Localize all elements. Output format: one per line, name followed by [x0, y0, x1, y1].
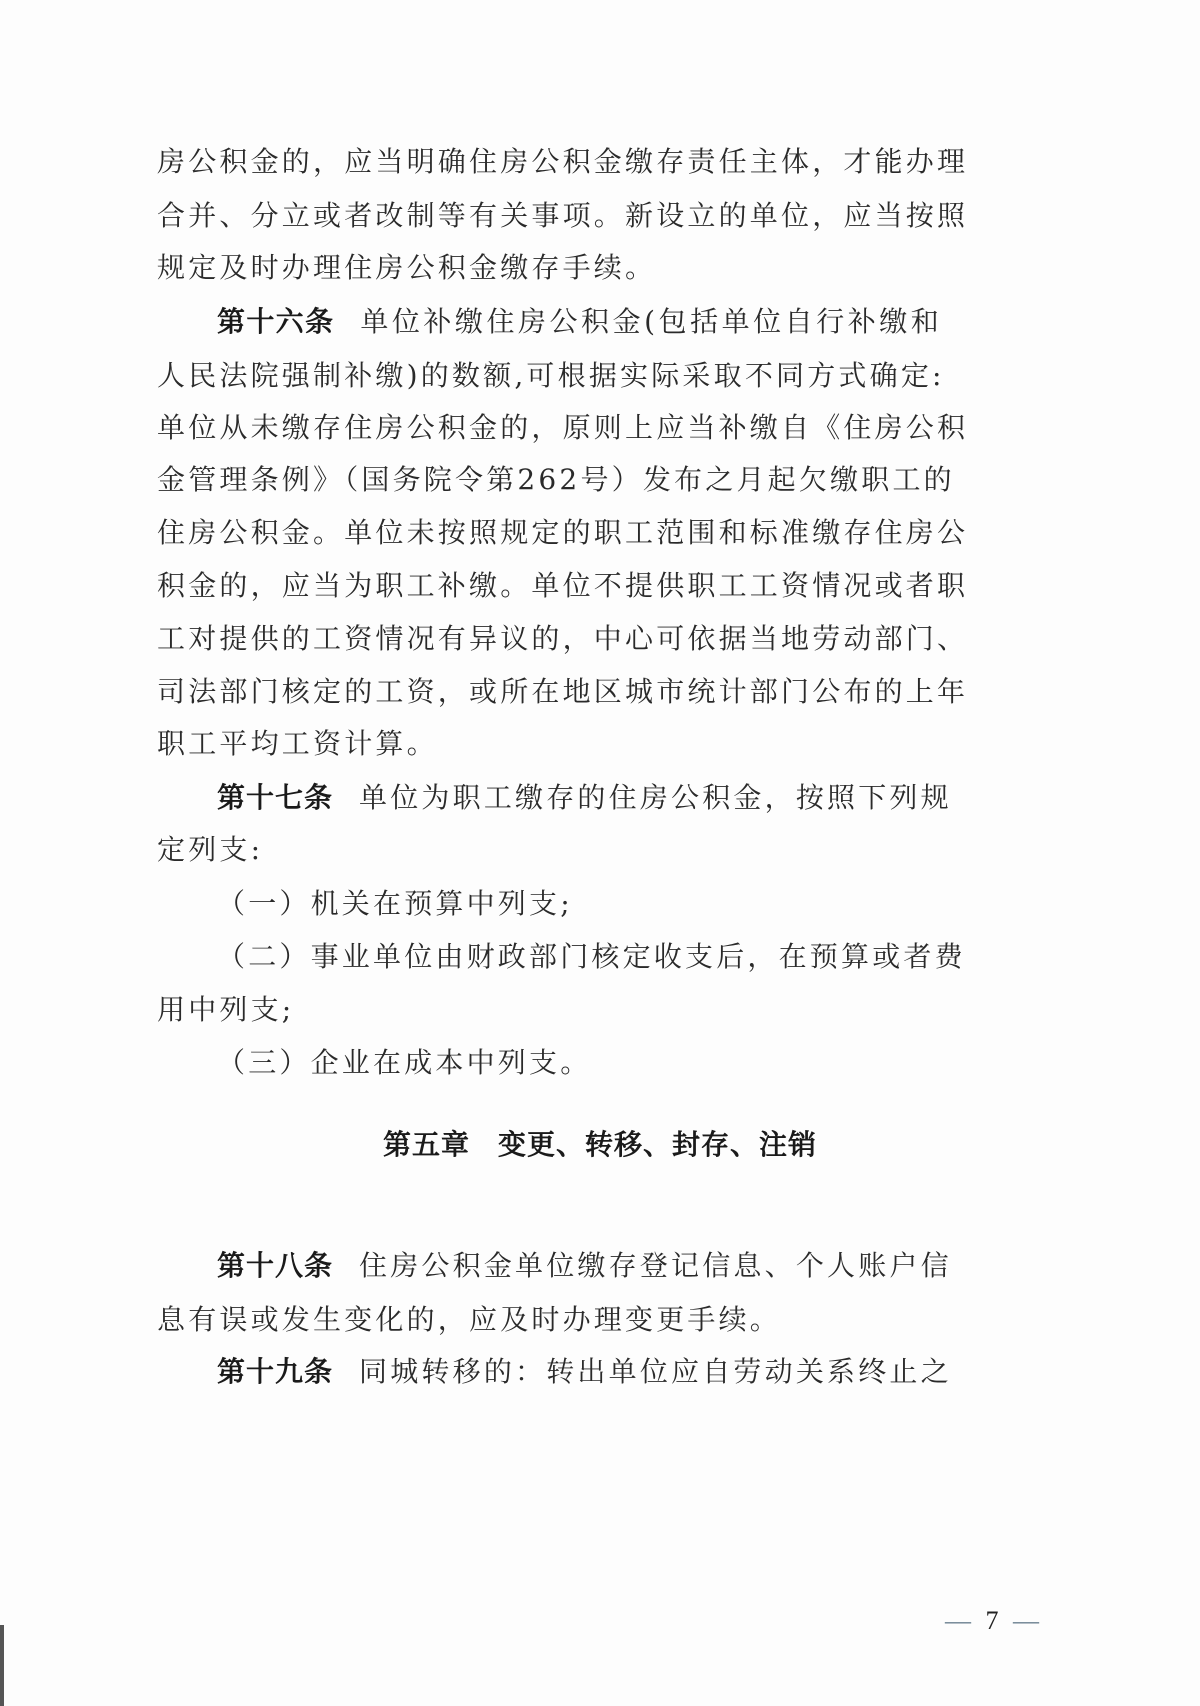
article-17-first-line: 单位为职工缴存的住房公积金，按照下列规	[359, 781, 952, 814]
article-18-heading-line: 第十八条住房公积金单位缴存登记信息、个人账户信	[217, 1246, 942, 1286]
body-line: 人民法院强制补缴)的数额,可根据实际采取不同方式确定:	[157, 356, 942, 396]
body-line: 息有误或发生变化的，应及时办理变更手续。	[157, 1300, 942, 1340]
list-item: （三）企业在成本中列支。	[217, 1043, 942, 1083]
article-16-first-line: 单位补缴住房公积金(包括单位自行补缴和	[360, 305, 942, 338]
body-line: 司法部门核定的工资，或所在地区城市统计部门公布的上年	[157, 672, 942, 712]
article-18-first-line: 住房公积金单位缴存登记信息、个人账户信	[359, 1249, 952, 1282]
body-line: 单位从未缴存住房公积金的，原则上应当补缴自《住房公积	[157, 408, 942, 448]
article-16-label: 第十六条	[217, 305, 334, 338]
document-page: 房公积金的，应当明确住房公积金缴存责任主体，才能办理 合并、分立或者改制等有关事…	[0, 0, 1200, 1706]
article-17-label: 第十七条	[217, 781, 333, 814]
article-17-heading-line: 第十七条单位为职工缴存的住房公积金，按照下列规	[217, 778, 942, 818]
list-item-continuation: 用中列支;	[157, 990, 942, 1030]
body-line: 房公积金的，应当明确住房公积金缴存责任主体，才能办理	[157, 142, 942, 182]
list-item: （二）事业单位由财政部门核定收支后，在预算或者费	[217, 937, 942, 977]
body-line: 规定及时办理住房公积金缴存手续。	[157, 248, 942, 288]
scan-edge-mark	[0, 1625, 4, 1706]
article-16-heading-line: 第十六条单位补缴住房公积金(包括单位自行补缴和	[217, 302, 942, 342]
article-18-label: 第十八条	[217, 1249, 333, 1282]
body-line: 住房公积金。单位未按照规定的职工范围和标准缴存住房公	[157, 513, 942, 553]
chapter-title: 变更、转移、封存、注销	[498, 1128, 817, 1161]
article-19-first-line: 同城转移的：转出单位应自劳动关系终止之	[359, 1355, 952, 1388]
page-dash-right: —	[1013, 1606, 1043, 1635]
body-line: 金管理条例》（国务院令第262号）发布之月起欠缴职工的	[157, 460, 942, 500]
article-19-heading-line: 第十九条同城转移的：转出单位应自劳动关系终止之	[217, 1352, 942, 1392]
article-19-label: 第十九条	[217, 1355, 333, 1388]
chapter-heading: 第五章变更、转移、封存、注销	[0, 1125, 1200, 1165]
body-line: 职工平均工资计算。	[157, 724, 942, 764]
body-line: 工对提供的工资情况有异议的，中心可依据当地劳动部门、	[157, 619, 942, 659]
page-number-value: 7	[986, 1606, 1003, 1635]
page-dash-left: —	[945, 1606, 975, 1635]
page-number: — 7 —	[945, 1606, 1043, 1636]
body-line: 积金的，应当为职工补缴。单位不提供职工工资情况或者职	[157, 566, 942, 606]
chapter-number: 第五章	[383, 1128, 470, 1161]
body-line: 定列支:	[157, 830, 942, 870]
body-line: 合并、分立或者改制等有关事项。新设立的单位，应当按照	[157, 196, 942, 236]
list-item: （一）机关在预算中列支;	[217, 884, 942, 924]
